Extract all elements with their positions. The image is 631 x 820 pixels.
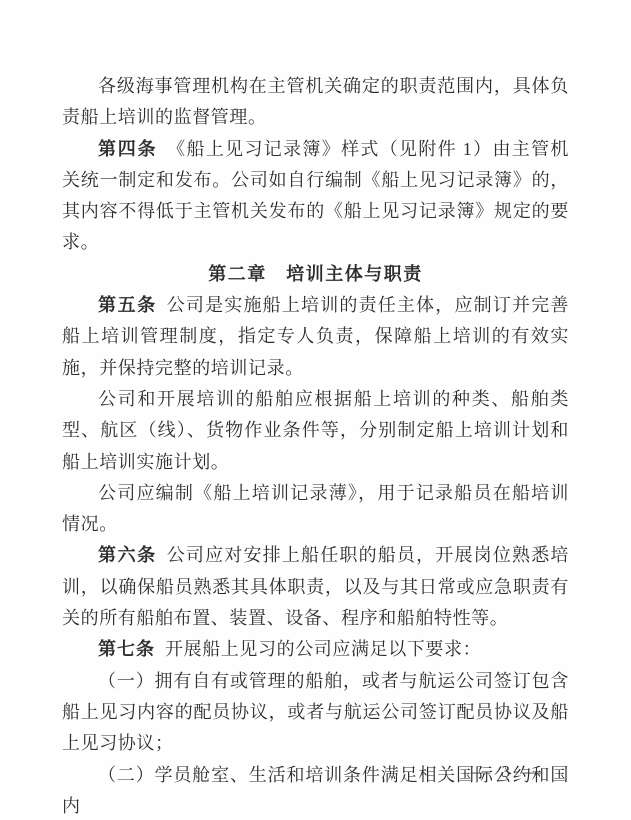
paragraph: 第七条开展船上见习的公司应满足以下要求： [62, 634, 569, 665]
document-page: 各级海事管理机构在主管机关确定的职责范围内，具体负责船上培训的监督管理。第四条《… [0, 0, 631, 820]
paragraph-text: 各级海事管理机构在主管机关确定的职责范围内，具体负责船上培训的监督管理。 [62, 76, 569, 127]
paragraph-text: 公司应编制《船上培训记录薄》，用于记录船员在船培训情况。 [62, 483, 569, 534]
paragraph-text: 第二章 培训主体与职责 [208, 264, 423, 284]
article-number-label: 第六条 [98, 545, 157, 565]
article-number-label: 第五条 [98, 295, 157, 315]
paragraph: 公司和开展培训的船舶应根据船上培训的种类、船舶类型、航区（线）、货物作业条件等，… [62, 384, 569, 478]
page-number-dash-right: — [522, 762, 542, 782]
paragraph: 各级海事管理机构在主管机关确定的职责范围内，具体负责船上培训的监督管理。 [62, 71, 569, 134]
article-number-label: 第四条 [98, 139, 157, 159]
page-number-dash-left: — [470, 762, 490, 782]
article-number-label: 第七条 [98, 639, 155, 659]
page-number-value: 3 [502, 762, 511, 782]
paragraph: 公司应编制《船上培训记录薄》，用于记录船员在船培训情况。 [62, 478, 569, 541]
chapter-heading: 第二章 培训主体与职责 [62, 259, 569, 290]
paragraph: 第五条公司是实施船上培训的责任主体，应制订并完善船上培训管理制度，指定专人负责，… [62, 290, 569, 384]
paragraph-text: 公司和开展培训的船舶应根据船上培训的种类、船舶类型、航区（线）、货物作业条件等，… [62, 389, 569, 472]
paragraph-text: （一）拥有自有或管理的船舶，或者与航运公司签订包含船上见习内容的配员协议，或者与… [62, 671, 569, 754]
page-number: — 3 — [472, 762, 541, 782]
document-body: 各级海事管理机构在主管机关确定的职责范围内，具体负责船上培训的监督管理。第四条《… [62, 71, 569, 820]
paragraph: （一）拥有自有或管理的船舶，或者与航运公司签订包含船上见习内容的配员协议，或者与… [62, 666, 569, 760]
paragraph: 第四条《船上见习记录簿》样式（见附件 1）由主管机关统一制定和发布。公司如自行编… [62, 134, 569, 259]
paragraph-text: 开展船上见习的公司应满足以下要求： [165, 639, 481, 659]
paragraph: 第六条公司应对安排上船任职的船员，开展岗位熟悉培训，以确保船员熟悉其具体职责，以… [62, 540, 569, 634]
